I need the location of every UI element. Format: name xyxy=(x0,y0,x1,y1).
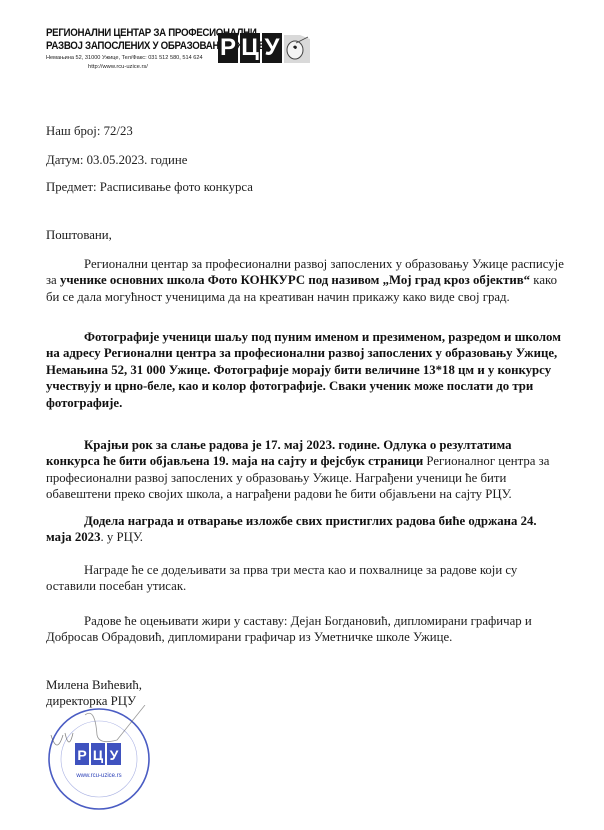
p6-text: Радове ће оцењивати жири у саставу: Деја… xyxy=(46,614,532,644)
logo-emblem-icon xyxy=(284,33,310,63)
svg-text:У: У xyxy=(110,747,119,763)
greeting: Поштовани, xyxy=(46,228,112,243)
paragraph-intro: Регионални центар за професионални разво… xyxy=(46,256,564,305)
logo-letter-r: Р xyxy=(218,33,238,63)
svg-text:Ц: Ц xyxy=(93,747,104,763)
official-stamp-icon: Р Ц У www.rcu-uzice.rs xyxy=(45,705,153,813)
logo-letter-u: У xyxy=(262,33,282,63)
logo-letter-c: Ц xyxy=(240,33,260,63)
paragraph-award-ceremony: Додела награда и отварање изложбе свих п… xyxy=(46,513,564,546)
p1-bold: ученике основних школа Фото КОНКУРС под … xyxy=(60,273,530,287)
document-date: Датум: 03.05.2023. године xyxy=(46,153,187,168)
paragraph-jury: Радове ће оцењивати жири у саставу: Деја… xyxy=(46,613,564,646)
svg-text:Р: Р xyxy=(77,747,86,763)
paragraph-deadline: Крајњи рок за слање радова је 17. мај 20… xyxy=(46,437,564,503)
svg-text:www.rcu-uzice.rs: www.rcu-uzice.rs xyxy=(75,773,121,779)
p4-text: . у РЦУ. xyxy=(100,530,143,544)
paragraph-awards: Награде ће се додељивати за прва три мес… xyxy=(46,562,564,595)
p2-bold: Фотографије ученици шаљу под пуним имено… xyxy=(46,330,561,410)
signatory-name: Милена Вићевић, xyxy=(46,677,142,693)
paragraph-submission: Фотографије ученици шаљу под пуним имено… xyxy=(46,329,564,411)
document-number: Наш број: 72/23 xyxy=(46,124,133,139)
rcu-logo: Р Ц У xyxy=(218,33,310,63)
org-url: http://www.rcu-uzice.rs/ xyxy=(46,63,286,72)
p5-text: Награде ће се додељивати за прва три мес… xyxy=(46,563,517,593)
document-subject: Предмет: Расписивање фото конкурса xyxy=(46,180,253,195)
